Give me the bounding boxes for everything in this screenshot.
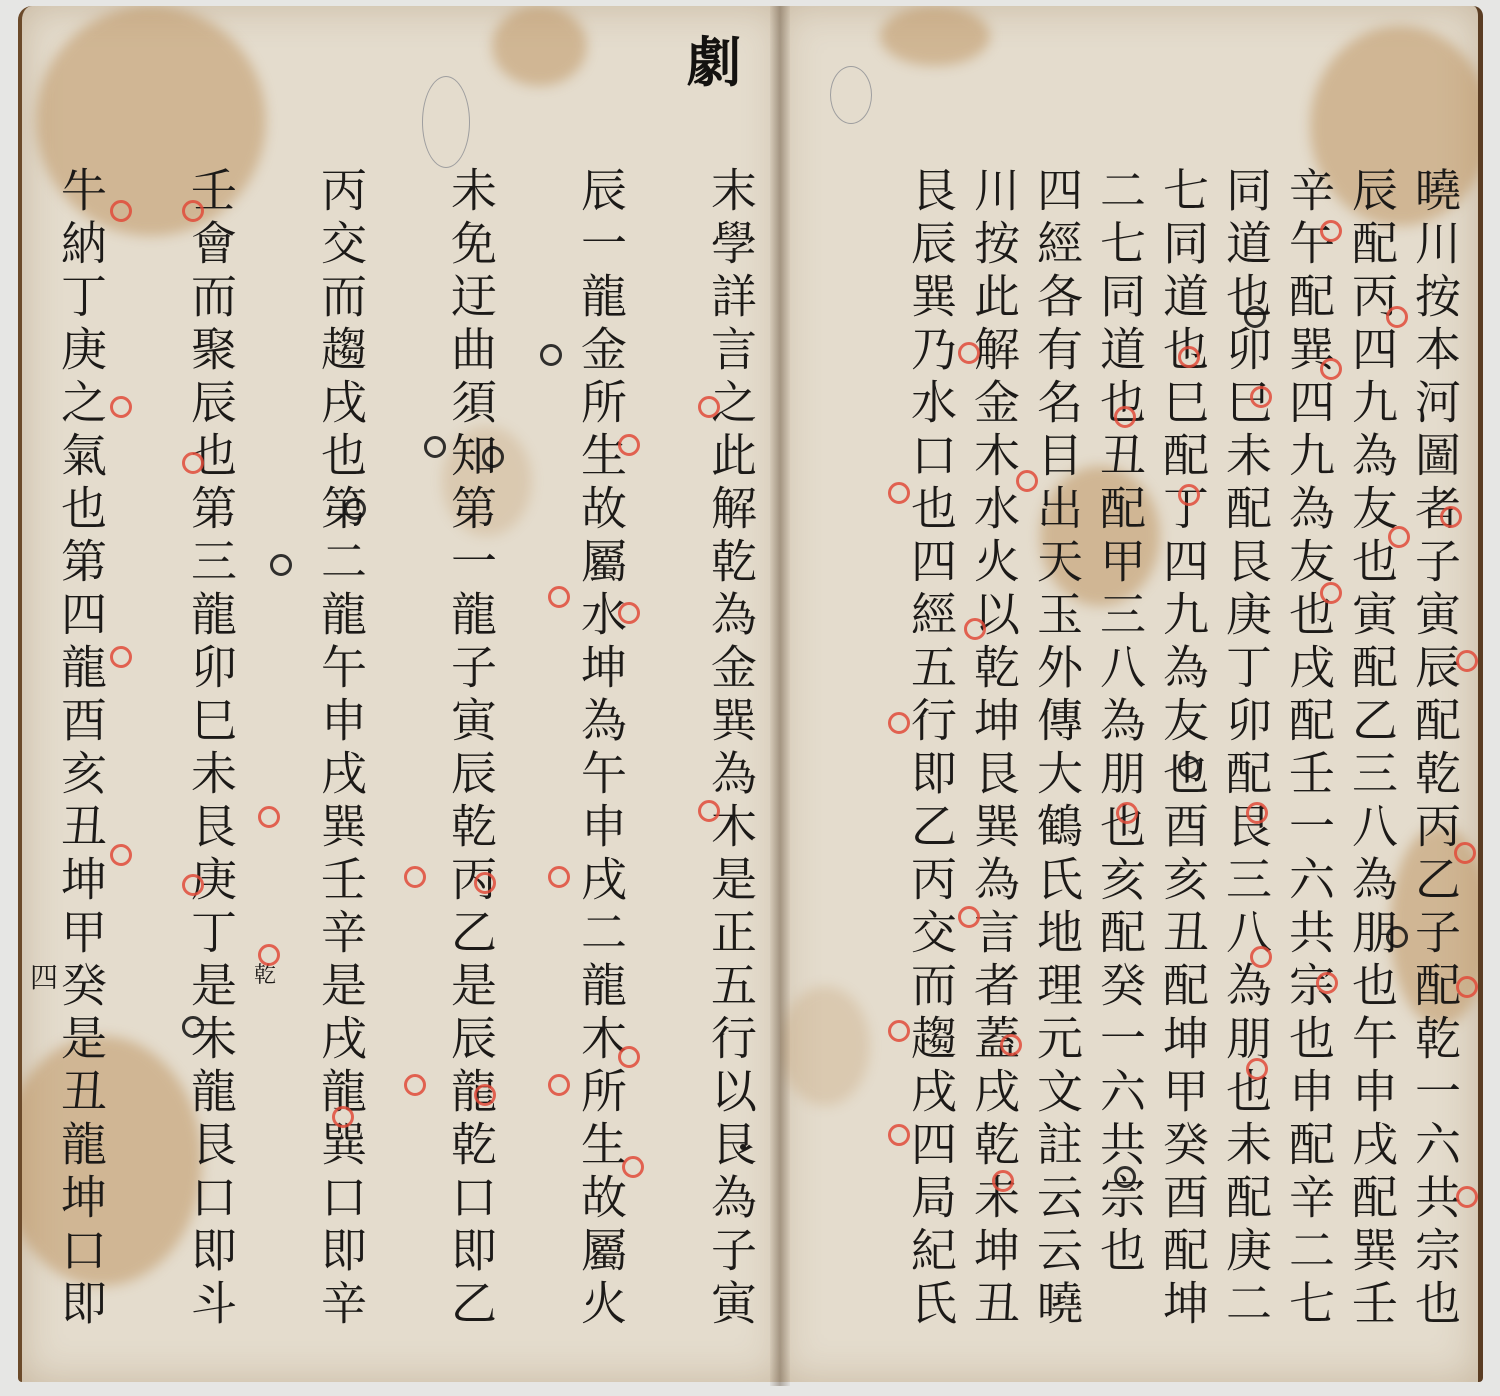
- black-punctuation-circle: [344, 498, 366, 520]
- left-page: 劇 四 乾 末學詳言之此解乾為金巽為木是正五行以艮為子寅 辰一龍金所生故屬水坤為…: [18, 6, 782, 1382]
- black-punctuation-circle: [424, 436, 446, 458]
- water-stain: [492, 6, 587, 86]
- red-punctuation-circle: [1388, 526, 1410, 548]
- black-punctuation-circle: [540, 344, 562, 366]
- red-punctuation-circle: [1114, 406, 1136, 428]
- red-punctuation-circle: [1250, 386, 1272, 408]
- red-punctuation-circle: [958, 906, 980, 928]
- black-punctuation-circle: [1386, 926, 1408, 948]
- red-punctuation-circle: [618, 434, 640, 456]
- red-punctuation-circle: [548, 866, 570, 888]
- red-punctuation-circle: [698, 800, 720, 822]
- right-page-text: 曉川按本河圖者子寅辰配乾丙乙子配乾一六共宗也 辰配丙四九為友也寅配乙三八為朋也午…: [891, 166, 1458, 1332]
- pencil-ring-mark: [422, 76, 470, 168]
- red-punctuation-circle: [474, 872, 496, 894]
- red-punctuation-circle: [1178, 484, 1200, 506]
- right-page: 曉川按本河圖者子寅辰配乾丙乙子配乾一六共宗也 辰配丙四九為友也寅配乙三八為朋也午…: [780, 6, 1483, 1382]
- red-punctuation-circle: [332, 1106, 354, 1128]
- red-punctuation-circle: [888, 1124, 910, 1146]
- text-column: 辰配丙四九為友也寅配乙三八為朋也午申戌配巽壬: [1331, 166, 1395, 1332]
- red-punctuation-circle: [1246, 802, 1268, 824]
- red-punctuation-circle: [964, 618, 986, 640]
- red-punctuation-circle: [404, 866, 426, 888]
- text-column: 辛午配巽四九為友也戌配壬一六共宗也申配辛二七: [1268, 166, 1332, 1332]
- red-punctuation-circle: [1116, 802, 1138, 824]
- red-punctuation-circle: [992, 1170, 1014, 1192]
- red-punctuation-circle: [1250, 946, 1272, 968]
- red-punctuation-circle: [958, 342, 980, 364]
- left-page-text: 末學詳言之此解乾為金巽為木是正五行以艮為子寅 辰一龍金所生故屬水坤為午申戌二龍木…: [18, 166, 754, 1332]
- red-punctuation-circle: [618, 1046, 640, 1068]
- text-column: 同道也卯巳未配艮庚丁卯配艮三八為朋也未配庚二: [1205, 166, 1269, 1332]
- red-punctuation-circle: [1320, 220, 1342, 242]
- red-punctuation-circle: [1178, 346, 1200, 368]
- open-book: 劇 四 乾 末學詳言之此解乾為金巽為木是正五行以艮為子寅 辰一龍金所生故屬水坤為…: [18, 6, 1478, 1386]
- red-punctuation-circle: [1000, 1034, 1022, 1056]
- red-punctuation-circle: [110, 200, 132, 222]
- black-punctuation-circle: [270, 554, 292, 576]
- red-punctuation-circle: [888, 482, 910, 504]
- red-punctuation-circle: [548, 1074, 570, 1096]
- black-punctuation-circle: [182, 1016, 204, 1038]
- text-column: 末學詳言之此解乾為金巽為木是正五行以艮為子寅: [690, 166, 754, 1332]
- red-punctuation-circle: [698, 396, 720, 418]
- black-punctuation-circle: [1178, 756, 1200, 778]
- red-punctuation-circle: [618, 602, 640, 624]
- red-punctuation-circle: [404, 1074, 426, 1096]
- ink-dot: [740, 1144, 746, 1150]
- red-punctuation-circle: [182, 200, 204, 222]
- red-punctuation-circle: [1246, 1058, 1268, 1080]
- text-column: 辰一龍金所生故屬水坤為午申戌二龍木所生故屬火: [560, 166, 624, 1332]
- red-punctuation-circle: [888, 712, 910, 734]
- red-punctuation-circle: [622, 1156, 644, 1178]
- red-punctuation-circle: [1320, 358, 1342, 380]
- water-stain: [780, 986, 870, 1106]
- red-punctuation-circle: [1456, 976, 1478, 998]
- text-column: 壬會而聚辰也第三龍卯巳未艮庚丁是未龍艮口即斗: [170, 166, 234, 1332]
- red-punctuation-circle: [258, 806, 280, 828]
- red-punctuation-circle: [258, 944, 280, 966]
- black-punctuation-circle: [1244, 306, 1266, 328]
- red-punctuation-circle: [474, 1084, 496, 1106]
- black-punctuation-circle: [482, 446, 504, 468]
- red-punctuation-circle: [1316, 972, 1338, 994]
- text-column: 二七同道也丑配甲三八為朋也亥配癸一六共宗也: [1079, 166, 1143, 1332]
- red-punctuation-circle: [548, 586, 570, 608]
- black-punctuation-circle: [1114, 1166, 1136, 1188]
- text-column: 牛納丁庚之氣也第四龍酉亥丑坤甲癸是丑龍坤口即: [40, 166, 104, 1332]
- text-column: 七同道也巳配丁四九為友也酉亥丑配坤甲癸酉配坤: [1142, 166, 1206, 1332]
- text-column: 未免迂曲須知第一龍子寅辰乾丙乙是辰龍乾口即乙: [430, 166, 494, 1332]
- text-column: 川按此解金木水火以乾坤艮巽為言者蓋戌乾未坤丑: [953, 166, 1017, 1332]
- red-punctuation-circle: [1456, 650, 1478, 672]
- text-column: 四經各有名目出天玉外傳大鶴氏地理元文註云云曉: [1016, 166, 1080, 1332]
- red-punctuation-circle: [888, 1020, 910, 1042]
- red-punctuation-circle: [1016, 470, 1038, 492]
- red-punctuation-circle: [1456, 1186, 1478, 1208]
- text-column: 艮辰巽乃水口也四經五行即乙丙交而趨戌四局紀氏: [890, 166, 954, 1332]
- red-punctuation-circle: [1320, 582, 1342, 604]
- red-punctuation-circle: [182, 874, 204, 896]
- red-punctuation-circle: [1440, 506, 1462, 528]
- red-punctuation-circle: [110, 396, 132, 418]
- pencil-ring-mark: [830, 66, 872, 124]
- water-stain: [880, 6, 990, 66]
- red-punctuation-circle: [110, 646, 132, 668]
- text-column: 丙交而趨戌也第二龍午申戌巽壬辛是戌龍巽口即辛: [300, 166, 364, 1332]
- margin-page-number: 四: [30, 956, 58, 996]
- book-gutter: [770, 6, 790, 1386]
- red-punctuation-circle: [182, 452, 204, 474]
- red-punctuation-circle: [110, 844, 132, 866]
- red-punctuation-circle: [1386, 306, 1408, 328]
- red-punctuation-circle: [1454, 842, 1476, 864]
- page-top-marker: 劇: [687, 20, 741, 97]
- text-column: 曉川按本河圖者子寅辰配乾丙乙子配乾一六共宗也: [1394, 166, 1458, 1332]
